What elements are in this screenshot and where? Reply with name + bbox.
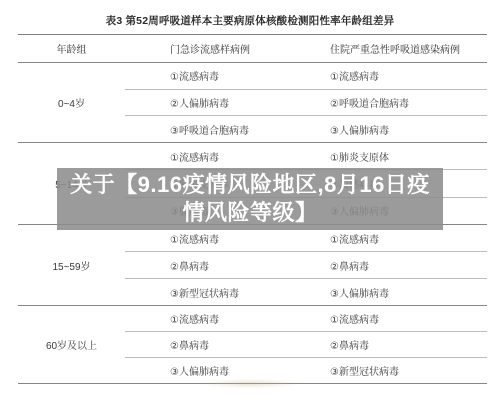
age-group-label: 15~59岁 bbox=[18, 225, 125, 305]
overlay-banner-text-line1: 关于【9.16疫情风险地区,8月16日疫 bbox=[70, 171, 430, 199]
table-cell: ①流感病毒 bbox=[125, 231, 330, 246]
table-cell: ①流感病毒 bbox=[330, 311, 487, 326]
table-cell: ①流感病毒 bbox=[330, 68, 487, 83]
age-group-label: 0~4岁 bbox=[18, 63, 125, 142]
table-cell: ①流感病毒 bbox=[125, 68, 330, 83]
age-group-label: 60岁及以上 bbox=[18, 306, 125, 383]
header-outpatient-cases: 门急诊流感样病例 bbox=[125, 35, 330, 62]
header-inpatient-cases: 住院严重急性呼吸道感染病例 bbox=[330, 35, 487, 62]
table-row: 60岁及以上 ①流感病毒 ①流感病毒 ②鼻病毒 ②鼻病毒 ③人偏肺病毒 ③新型冠… bbox=[18, 305, 487, 383]
table-row: 0~4岁 ①流感病毒 ①流感病毒 ②人偏肺病毒 ②呼吸道合胞病毒 ③呼吸道合胞病… bbox=[18, 63, 487, 142]
table-cell: ②鼻病毒 bbox=[125, 337, 330, 352]
table-cell: ①流感病毒 bbox=[330, 231, 487, 246]
table-cell: ③新型冠状病毒 bbox=[125, 285, 330, 300]
table-cell: ②鼻病毒 bbox=[330, 258, 487, 273]
table-cell: ②鼻病毒 bbox=[330, 337, 487, 352]
table-cell: ③人偏肺病毒 bbox=[330, 122, 487, 137]
table-cell: ①肺炎支原体 bbox=[330, 149, 487, 164]
table-cell: ③人偏肺病毒 bbox=[125, 363, 330, 378]
table-row: 15~59岁 ①流感病毒 ①流感病毒 ②鼻病毒 ②鼻病毒 ③新型冠状病毒 ③人偏… bbox=[18, 224, 487, 305]
header-age-group: 年龄组 bbox=[18, 35, 125, 62]
overlay-banner-text-line2: 情风险等级】 bbox=[182, 199, 317, 227]
table-cell: ①流感病毒 bbox=[125, 311, 330, 326]
table-cell: ②鼻病毒 bbox=[125, 258, 330, 273]
table-cell: ②人偏肺病毒 bbox=[125, 95, 330, 110]
article-screenshot: 表3 第52周呼吸道样本主要病原体核酸检测阳性率年龄组差异 年龄组 门急诊流感样… bbox=[0, 0, 500, 402]
overlay-banner: 关于【9.16疫情风险地区,8月16日疫 情风险等级】 bbox=[57, 168, 443, 230]
table-cell: ③呼吸道合胞病毒 bbox=[125, 122, 330, 137]
table-cell: ③人偏肺病毒 bbox=[330, 285, 487, 300]
table-cell: ②呼吸道合胞病毒 bbox=[330, 95, 487, 110]
table-header-row: 年龄组 门急诊流感样病例 住院严重急性呼吸道感染病例 bbox=[18, 34, 487, 63]
table-cell: ③新型冠状病毒 bbox=[330, 363, 487, 378]
page-title: 表3 第52周呼吸道样本主要病原体核酸检测阳性率年龄组差异 bbox=[0, 13, 500, 28]
table-cell: ①流感病毒 bbox=[125, 149, 330, 164]
